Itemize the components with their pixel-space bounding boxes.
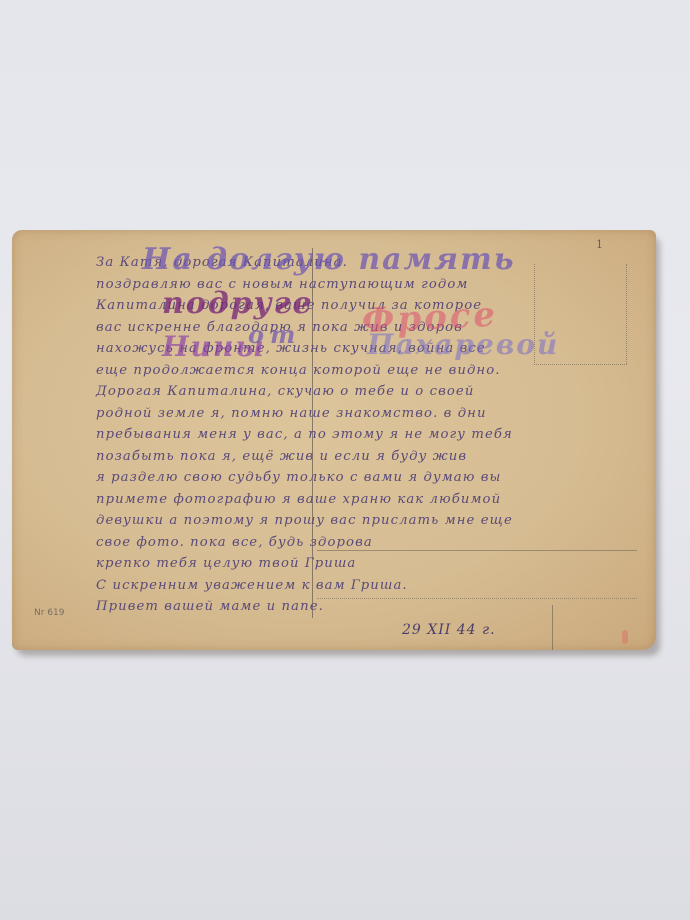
- letter-line: я разделю свою судьбу только с вами я ду…: [96, 467, 636, 489]
- stamp-inscription-pakharevoy: Пахаревой: [367, 328, 559, 361]
- stamp-inscription-podruge: подруге: [162, 286, 314, 321]
- corner-number: 1: [596, 238, 603, 251]
- letter-date: 29 XII 44 г.: [402, 622, 496, 638]
- letter-line: Привет вашей маме и папе.: [96, 596, 636, 618]
- stamp-inscription-niny: Нины: [162, 330, 266, 363]
- letter-line: пребывания меня у вас, а по этому я не м…: [96, 424, 636, 446]
- stamp-inscription-na-dolguyu: На долгую память: [142, 242, 516, 277]
- letter-line: С искренним уважением к вам Гриша.: [96, 575, 636, 597]
- postcard: 1 За Катя, дорогая Капиталина. поздравля…: [12, 230, 656, 650]
- letter-line: девушки а поэтому я прошу вас прислать м…: [96, 510, 636, 532]
- letter-line: крепко тебя целую твой Гриша: [96, 553, 636, 575]
- letter-line: родной земле я, помню наше знакомство. в…: [96, 403, 636, 425]
- publisher-mark: Nr 619: [34, 608, 64, 618]
- letter-line: свое фото. пока все, будь здорова: [96, 532, 636, 554]
- letter-line: Дорогая Капиталина, скучаю о тебе и о св…: [96, 381, 636, 403]
- letter-line: примете фотографию я ваше храню как люби…: [96, 489, 636, 511]
- letter-line: позабыть пока я, ещё жив и если я буду ж…: [96, 446, 636, 468]
- red-ink-smudge: [622, 630, 628, 644]
